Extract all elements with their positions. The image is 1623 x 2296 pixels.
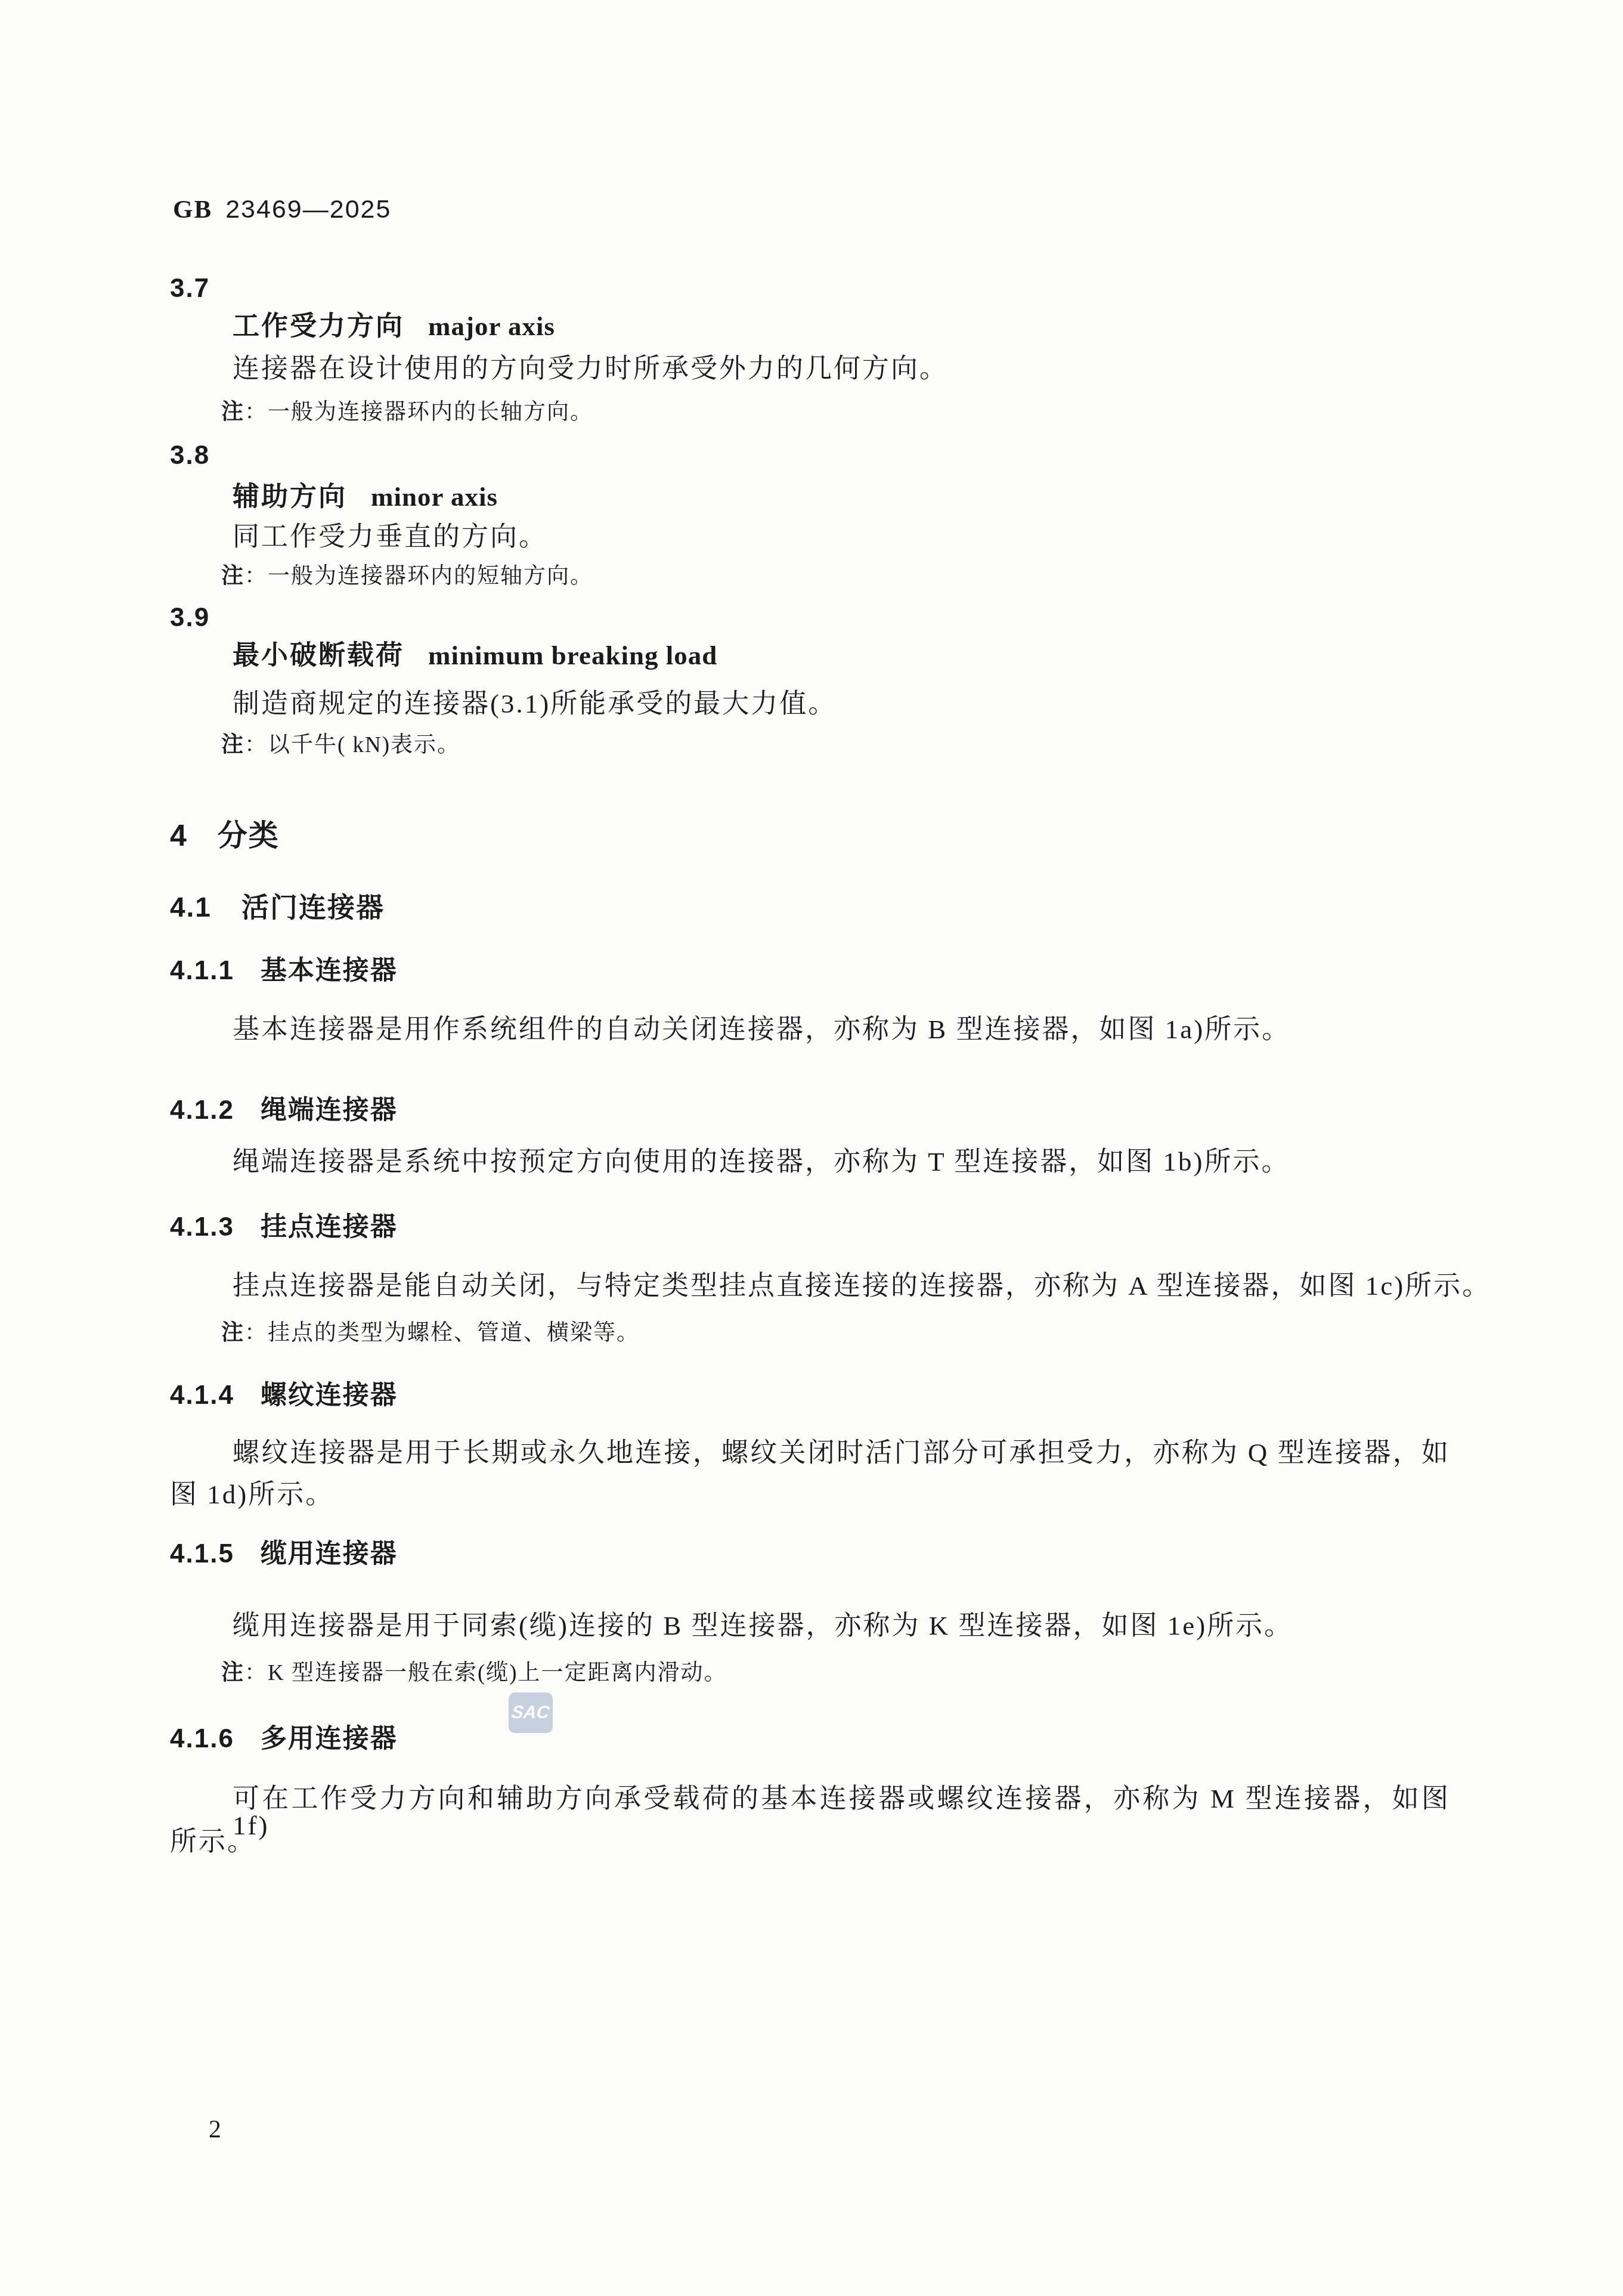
paragraph-line: 可在工作受力方向和辅助方向承受载荷的基本连接器或螺纹连接器，亦称为 M 型连接器…: [233, 1786, 1450, 1839]
clause-4-1-4-heading: 4.1.4螺纹连接器: [170, 1382, 398, 1409]
note-text: ：一般为连接器环内的长轴方向。: [244, 400, 593, 425]
clause-4-1-4-title: 螺纹连接器: [261, 1381, 398, 1410]
clause-4-1-1-heading: 4.1.1基本连接器: [170, 958, 398, 984]
term-number-3-9: 3.9: [170, 605, 210, 631]
clause-4-1-heading: 4.1活门连接器: [170, 893, 385, 921]
note-label: 注: [221, 564, 244, 588]
term-zh-3-9: 最小破断载荷: [233, 640, 404, 670]
term-zh-3-7: 工作受力方向: [233, 311, 404, 341]
clause-4-1-1-number: 4.1.1: [170, 956, 234, 985]
term-note-3-7: 注：一般为连接器环内的长轴方向。: [221, 401, 593, 423]
clause-4-1-6-number: 4.1.6: [170, 1724, 234, 1753]
clause-4-1-1-title: 基本连接器: [261, 956, 398, 985]
clause-4-1-5-heading: 4.1.5缆用连接器: [170, 1541, 398, 1567]
term-heading-3-8: 辅助方向minor axis: [233, 483, 498, 510]
term-definition-3-7: 连接器在设计使用的方向受力时所承受外力的几何方向。: [233, 355, 948, 382]
clause-4-1-2-number: 4.1.2: [170, 1096, 234, 1125]
term-en-3-7: major axis: [428, 311, 555, 341]
clause-4-1-5-note: 注：K 型连接器一般在索(缆)上一定距离内滑动。: [221, 1661, 727, 1684]
term-number-3-8: 3.8: [170, 443, 210, 469]
paragraph-line: 基本连接器是用作系统组件的自动关闭连接器，亦称为 B 型连接器，如图 1a)所示…: [233, 1016, 1290, 1043]
paragraph-line: 缆用连接器是用于同索(缆)连接的 B 型连接器，亦称为 K 型连接器，如图 1e…: [233, 1613, 1293, 1639]
term-note-3-8: 注：一般为连接器环内的短轴方向。: [221, 565, 593, 587]
term-zh-3-8: 辅助方向: [233, 481, 347, 512]
paragraph-line: 所示。: [170, 1828, 256, 1855]
clause-4-1-2-heading: 4.1.2绳端连接器: [170, 1097, 398, 1124]
sac-watermark-text: SAC: [511, 1704, 550, 1722]
paragraph-line: 图 1d)所示。: [170, 1481, 334, 1508]
note-label: 注: [221, 1660, 244, 1685]
clause-4-1-3-heading: 4.1.3挂点连接器: [170, 1214, 398, 1240]
paragraph-line: 挂点连接器是能自动关闭，与特定类型挂点直接连接的连接器，亦称为 A 型连接器，如…: [233, 1273, 1491, 1299]
clause-4-1-title: 活门连接器: [241, 892, 385, 923]
note-text: ：一般为连接器环内的短轴方向。: [244, 564, 593, 589]
clause-4-1-3-note: 注：挂点的类型为螺栓、管道、横梁等。: [221, 1322, 640, 1344]
paragraph-line: 螺纹连接器是用于长期或永久地连接，螺纹关闭时活门部分可承担受力，亦称为 Q 型连…: [233, 1440, 1450, 1466]
clause-4-1-4-number: 4.1.4: [170, 1381, 234, 1410]
term-number-3-7: 3.7: [170, 276, 210, 302]
clause-4-1-2-title: 绳端连接器: [261, 1096, 398, 1125]
sac-watermark-logo: SAC: [509, 1692, 553, 1733]
paragraph-line: 绳端连接器是系统中按预定方向使用的连接器，亦称为 T 型连接器，如图 1b)所示…: [233, 1149, 1290, 1175]
document-code-header: GB23469—2025: [173, 197, 391, 222]
clause-4-1-6-heading: 4.1.6多用连接器: [170, 1726, 398, 1752]
note-text: ：K 型连接器一般在索(缆)上一定距离内滑动。: [244, 1661, 727, 1685]
clause-4-heading: 4分类: [170, 821, 280, 850]
term-definition-3-8: 同工作受力垂直的方向。: [233, 524, 547, 550]
clause-4-1-3-number: 4.1.3: [170, 1212, 234, 1242]
note-text: ：以千牛( kN)表示。: [244, 733, 460, 757]
term-note-3-9: 注：以千牛( kN)表示。: [221, 734, 460, 756]
note-label: 注: [221, 732, 244, 757]
clause-4-title: 分类: [218, 819, 280, 852]
clause-4-1-3-title: 挂点连接器: [261, 1212, 398, 1242]
standard-code-number: 23469—2025: [225, 195, 391, 224]
note-text: ：挂点的类型为螺栓、管道、横梁等。: [244, 1321, 640, 1345]
term-heading-3-9: 最小破断载荷minimum breaking load: [233, 642, 717, 669]
clause-4-1-5-title: 缆用连接器: [261, 1539, 398, 1568]
clause-4-1-6-title: 多用连接器: [261, 1724, 398, 1753]
term-definition-3-9: 制造商规定的连接器(3.1)所能承受的最大力值。: [233, 691, 837, 717]
note-label: 注: [221, 1320, 244, 1345]
standard-code-prefix: GB: [173, 196, 212, 224]
term-en-3-9: minimum breaking load: [428, 640, 717, 670]
clause-4-number: 4: [170, 819, 188, 852]
document-page: GB23469—2025 3.7 工作受力方向major axis 连接器在设计…: [0, 0, 1623, 2296]
term-en-3-8: minor axis: [371, 482, 498, 512]
note-label: 注: [221, 400, 244, 424]
term-heading-3-7: 工作受力方向major axis: [233, 312, 555, 340]
page-number: 2: [209, 2117, 221, 2142]
clause-4-1-number: 4.1: [170, 892, 212, 923]
clause-4-1-5-number: 4.1.5: [170, 1539, 234, 1568]
